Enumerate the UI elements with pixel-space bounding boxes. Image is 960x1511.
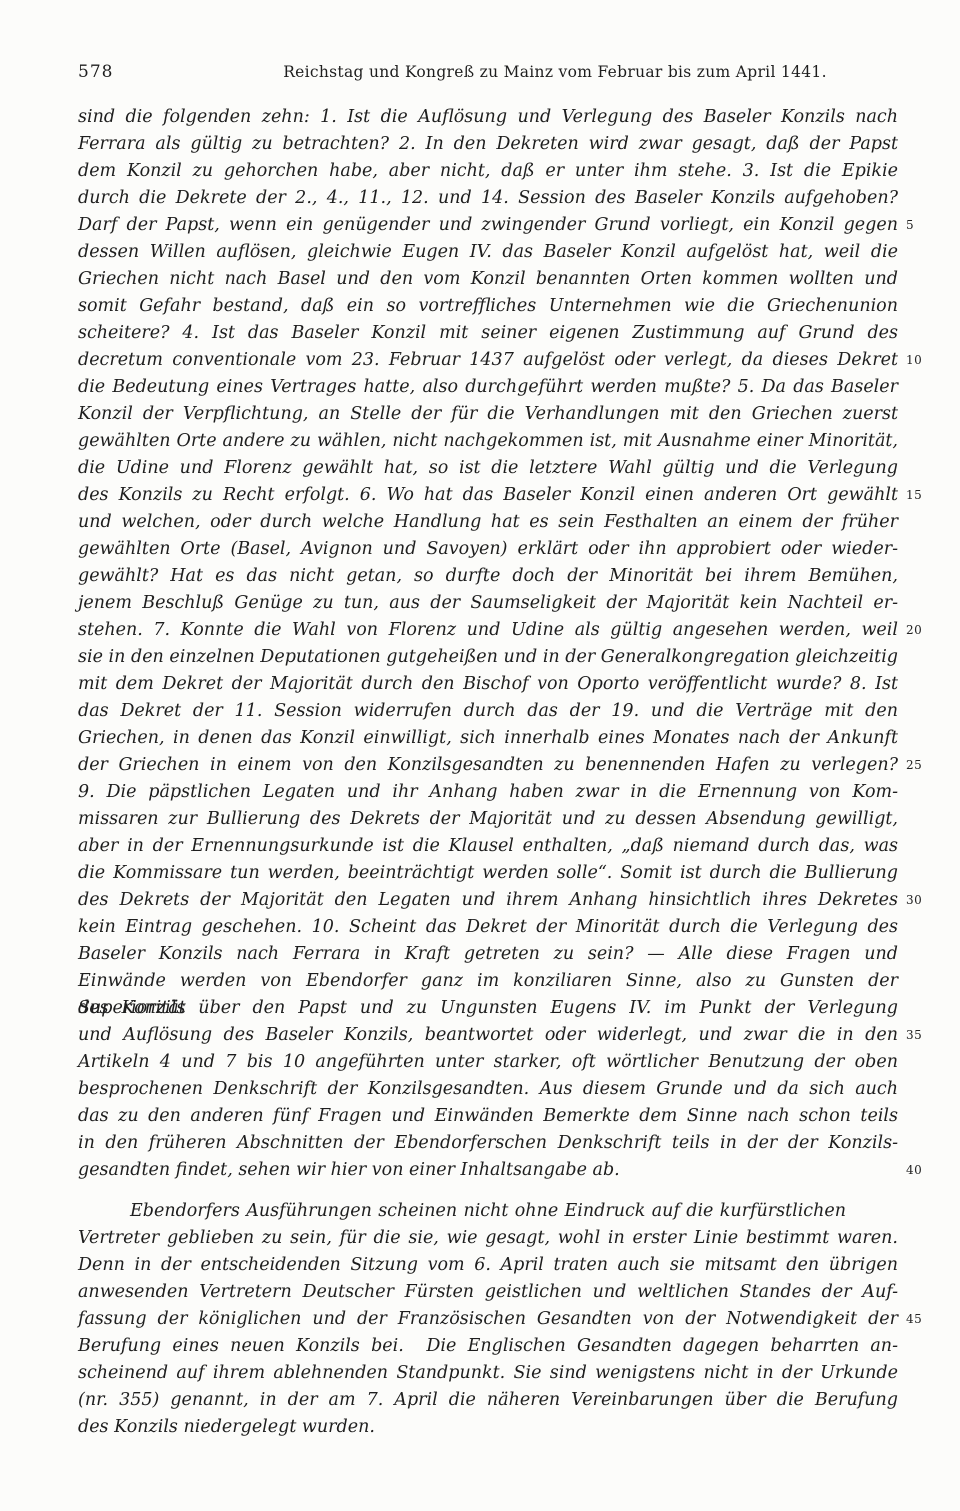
line-text: decretum conventionale vom 23. Februar 1… [78,350,898,370]
paragraph: sind die folgenden zehn: 1. Ist die Aufl… [78,104,898,1184]
text-line: gesandten findet, sehen wir hier von ein… [78,1157,898,1184]
paragraph: Ebendorfers Ausführungen scheinen nicht … [78,1198,898,1441]
line-text: besprochenen Denkschrift der Konzilsgesa… [78,1079,898,1099]
margin-line-number: 5 [906,212,940,239]
line-text: gewählten Orte (Basel, Avignon und Savoy… [78,539,898,559]
line-text: in den früheren Abschnitten der Ebendorf… [78,1133,898,1153]
text-line: Konzil der Verpflichtung, an Stelle der … [78,401,898,428]
line-text: und Auflösung des Baseler Konzils, beant… [78,1025,898,1045]
line-text: jenem Beschluß Genüge zu tun, aus der Sa… [78,593,898,613]
line-text: gewählten Orte andere zu wählen, nicht n… [78,431,898,451]
text-line: Darf der Papst, wenn ein genügender und … [78,212,898,239]
line-text: somit Gefahr bestand, daß ein so vortref… [78,296,898,316]
line-text: (nr. 355) genannt, in der am 7. April di… [78,1390,898,1410]
line-text: Artikeln 4 und 7 bis 10 angeführten unte… [78,1052,898,1072]
text-line: 9. Die päpstlichen Legaten und ihr Anhan… [78,779,898,806]
text-line: Griechen nicht nach Basel und den vom Ko… [78,266,898,293]
margin-line-number: 30 [906,887,940,914]
line-text: Ferrara als gültig zu betrachten? 2. In … [78,134,898,154]
line-text: die Kommissare tun werden, beeinträchtig… [78,863,898,883]
line-text: das Dekret der 11. Session widerrufen du… [78,701,898,721]
line-text: Griechen, in denen das Konzil einwilligt… [78,728,898,748]
text-line: Einwände werden von Ebendorfer ganz im k… [78,968,898,995]
line-text: dem Konzil zu gehorchen habe, aber nicht… [78,161,898,181]
text-line: (nr. 355) genannt, in der am 7. April di… [78,1387,898,1414]
text-line: kein Eintrag geschehen. 10. Scheint das … [78,914,898,941]
text-line: Vertreter geblieben zu sein, für die sie… [78,1225,898,1252]
text-line: missaren zur Bullierung des Dekrets der … [78,806,898,833]
line-text: und welchen, oder durch welche Handlung … [78,512,898,532]
text-line: Berufung eines neuen Konzils bei. Die En… [78,1333,898,1360]
text-line: die Udine und Florenz gewählt hat, so is… [78,455,898,482]
text-line: des Konzils über den Papst und zu Unguns… [78,995,898,1022]
margin-line-number: 45 [906,1306,940,1333]
text-line: und welchen, oder durch welche Handlung … [78,509,898,536]
running-header: Reichstag und Kongreß zu Mainz vom Febru… [150,63,960,81]
text-line: des Konzils niedergelegt wurden. [78,1414,898,1441]
margin-line-number: 10 [906,347,940,374]
line-text: dessen Willen auflösen, gleichwie Eugen … [78,242,898,262]
line-text: Vertreter geblieben zu sein, für die sie… [78,1228,898,1248]
text-line: anwesenden Vertretern Deutscher Fürsten … [78,1279,898,1306]
text-line: stehen. 7. Konnte die Wahl von Florenz u… [78,617,898,644]
line-text: durch die Dekrete der 2., 4., 11., 12. u… [78,188,898,208]
line-text: die Udine und Florenz gewählt hat, so is… [78,458,898,478]
text-line: des Konzils zu Recht erfolgt. 6. Wo hat … [78,482,898,509]
text-line: fassung der königlichen und der Französi… [78,1306,898,1333]
line-text: des Konzils zu Recht erfolgt. 6. Wo hat … [78,485,898,505]
text-line: aber in der Ernennungsurkunde ist die Kl… [78,833,898,860]
text-line: gewählten Orte (Basel, Avignon und Savoy… [78,536,898,563]
text-line: Griechen, in denen das Konzil einwilligt… [78,725,898,752]
line-text: missaren zur Bullierung des Dekrets der … [78,809,898,829]
margin-line-number: 15 [906,482,940,509]
text-line: gewählten Orte andere zu wählen, nicht n… [78,428,898,455]
line-text: Griechen nicht nach Basel und den vom Ko… [78,269,898,289]
line-text: scheinend auf ihrem ablehnenden Standpun… [78,1363,898,1383]
line-text: kein Eintrag geschehen. 10. Scheint das … [78,917,898,937]
text-line: sie in den einzelnen Deputationen gutgeh… [78,644,898,671]
line-text: des Konzils über den Papst und zu Unguns… [78,998,898,1018]
text-line: Ebendorfers Ausführungen scheinen nicht … [78,1198,898,1225]
line-text: Darf der Papst, wenn ein genügender und … [78,215,898,235]
line-text: gewählt? Hat es das nicht getan, so durf… [78,566,898,586]
text-line: besprochenen Denkschrift der Konzilsgesa… [78,1076,898,1103]
margin-line-number: 40 [906,1157,940,1184]
text-line: gewählt? Hat es das nicht getan, so durf… [78,563,898,590]
line-text: Ebendorfers Ausführungen scheinen nicht … [78,1198,846,1225]
text-line: die Kommissare tun werden, beeinträchtig… [78,860,898,887]
line-text: fassung der königlichen und der Französi… [78,1309,898,1329]
text-line: mit dem Dekret der Majorität durch den B… [78,671,898,698]
margin-line-number: 35 [906,1022,940,1049]
line-text: sind die folgenden zehn: 1. Ist die Aufl… [78,107,898,127]
text-line: dessen Willen auflösen, gleichwie Eugen … [78,239,898,266]
text-line: scheitere? 4. Ist das Baseler Konzil mit… [78,320,898,347]
text-line: das Dekret der 11. Session widerrufen du… [78,698,898,725]
text-line: Artikeln 4 und 7 bis 10 angeführten unte… [78,1049,898,1076]
line-text: scheitere? 4. Ist das Baseler Konzil mit… [78,323,898,343]
line-text: aber in der Ernennungsurkunde ist die Kl… [78,836,898,856]
line-text: gesandten findet, sehen wir hier von ein… [78,1160,620,1180]
margin-line-number: 25 [906,752,940,779]
line-text: das zu den anderen fünf Fragen und Einwä… [78,1106,898,1126]
text-line: durch die Dekrete der 2., 4., 11., 12. u… [78,185,898,212]
line-text: stehen. 7. Konnte die Wahl von Florenz u… [78,620,898,640]
body-text: sind die folgenden zehn: 1. Ist die Aufl… [78,104,898,1441]
line-text: die Bedeutung eines Vertrages hatte, als… [78,377,898,397]
line-text: Konzil der Verpflichtung, an Stelle der … [78,404,898,424]
text-line: die Bedeutung eines Vertrages hatte, als… [78,374,898,401]
text-line: decretum conventionale vom 23. Februar 1… [78,347,898,374]
margin-line-number: 20 [906,617,940,644]
page-header: 578 Reichstag und Kongreß zu Mainz vom F… [0,62,960,86]
text-line: Ferrara als gültig zu betrachten? 2. In … [78,131,898,158]
text-line: und Auflösung des Baseler Konzils, beant… [78,1022,898,1049]
line-text: 9. Die päpstlichen Legaten und ihr Anhan… [78,782,898,802]
text-line: Baseler Konzils nach Ferrara in Kraft ge… [78,941,898,968]
text-line: somit Gefahr bestand, daß ein so vortref… [78,293,898,320]
page-number: 578 [78,62,113,82]
line-text: der Griechen in einem von den Konzilsges… [78,755,898,775]
text-line: sind die folgenden zehn: 1. Ist die Aufl… [78,104,898,131]
text-line: jenem Beschluß Genüge zu tun, aus der Sa… [78,590,898,617]
line-text: Baseler Konzils nach Ferrara in Kraft ge… [78,944,898,964]
line-text: Denn in der entscheidenden Sitzung vom 6… [78,1255,898,1275]
line-text: des Dekrets der Majorität den Legaten un… [78,890,898,910]
line-text: sie in den einzelnen Deputationen gutgeh… [78,647,898,667]
line-text: des Konzils niedergelegt wurden. [78,1417,375,1437]
text-line: des Dekrets der Majorität den Legaten un… [78,887,898,914]
text-line: dem Konzil zu gehorchen habe, aber nicht… [78,158,898,185]
line-text: Berufung eines neuen Konzils bei. Die En… [78,1336,898,1356]
text-line: Denn in der entscheidenden Sitzung vom 6… [78,1252,898,1279]
text-line: der Griechen in einem von den Konzilsges… [78,752,898,779]
line-text: anwesenden Vertretern Deutscher Fürsten … [78,1282,898,1302]
text-line: scheinend auf ihrem ablehnenden Standpun… [78,1360,898,1387]
text-line: das zu den anderen fünf Fragen und Einwä… [78,1103,898,1130]
text-line: in den früheren Abschnitten der Ebendorf… [78,1130,898,1157]
book-page: 578 Reichstag und Kongreß zu Mainz vom F… [0,0,960,1511]
line-text: mit dem Dekret der Majorität durch den B… [78,674,898,694]
